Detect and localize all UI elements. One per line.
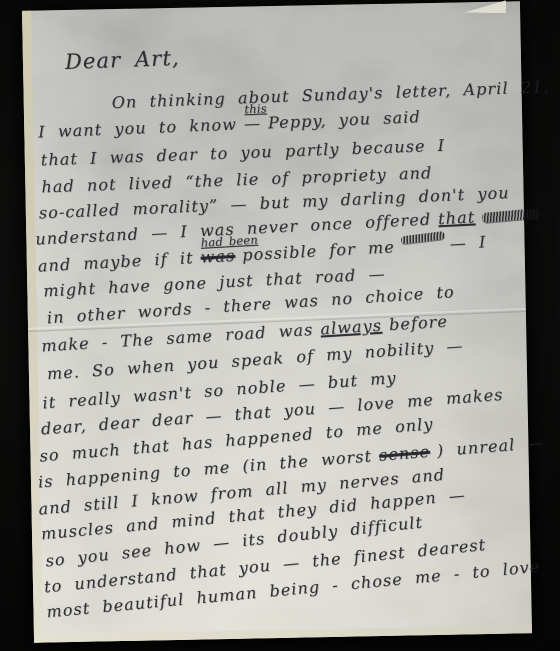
paper-bottom-edge	[34, 625, 532, 643]
dash: —	[244, 114, 262, 134]
line-text: — I	[449, 232, 487, 253]
salutation-line: Dear Art,	[65, 46, 181, 74]
correction-group: this—	[244, 114, 262, 134]
handwriting-line-2: On thinking about Sunday's letter, April…	[111, 77, 549, 112]
line-text: I want you to know	[38, 115, 237, 142]
struck-word: sense	[378, 442, 431, 465]
paper-corner-fold	[464, 0, 506, 13]
scribbled-insert	[401, 231, 446, 244]
line-text: before	[388, 312, 448, 335]
line-text: and maybe if it	[37, 248, 194, 275]
line-text: ) unreal —	[436, 433, 545, 460]
correction-group: had beenwas	[200, 246, 236, 267]
photo-black-background: Dear Art, On thinking about Sunday's let…	[0, 0, 560, 651]
handwriting-line-3: I want you to knowthis—Peppy, you said	[38, 107, 421, 141]
scribbled-out-word	[482, 208, 541, 223]
salutation-text: Dear Art,	[65, 46, 181, 74]
line-text: On thinking about Sunday's letter, April…	[111, 77, 549, 112]
line-text: possible for me	[242, 237, 396, 264]
letter-photo-paper: Dear Art, On thinking about Sunday's let…	[22, 1, 532, 642]
line-text: Peppy, you said	[268, 107, 421, 132]
inserted-word: this	[244, 101, 267, 116]
underlined-word: always	[320, 316, 383, 339]
underlined-word: that	[438, 207, 476, 228]
